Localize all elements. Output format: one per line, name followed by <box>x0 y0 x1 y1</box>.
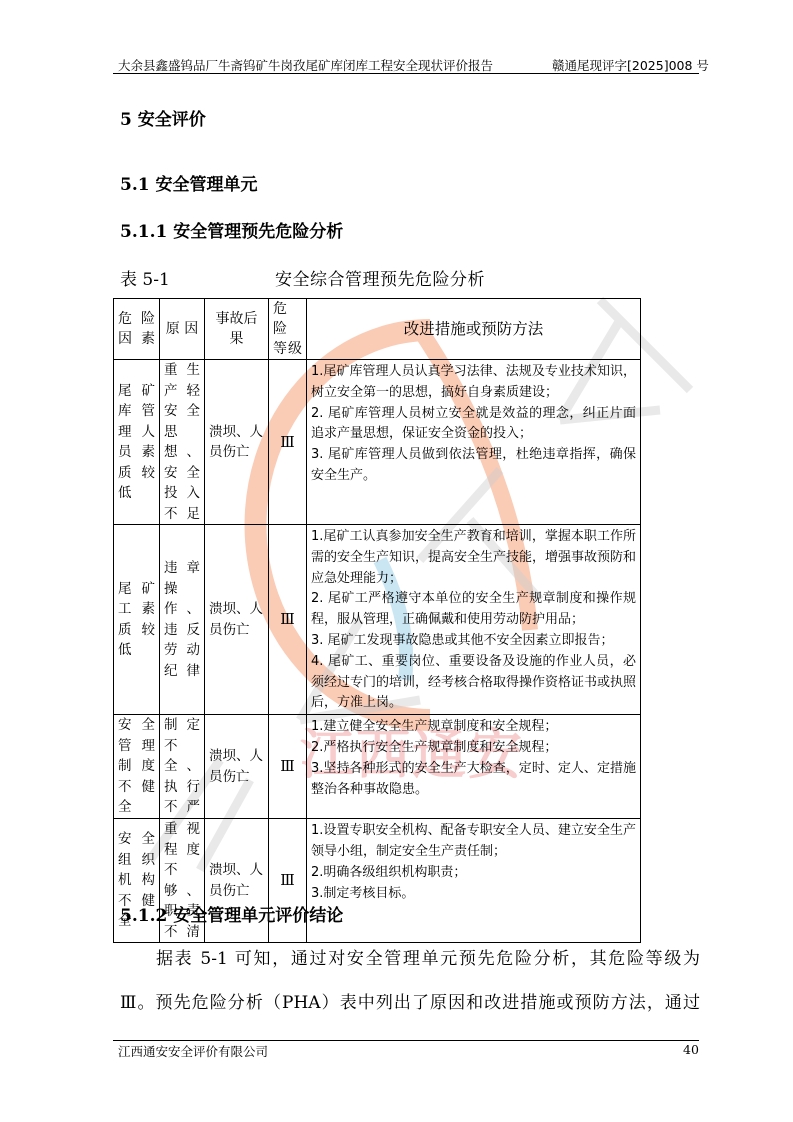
cause-cell: 制定不全、执行不严 <box>160 715 205 819</box>
risk-level-cell: Ⅲ <box>269 360 307 525</box>
header-hazard: 危 险 因素 <box>114 299 160 360</box>
consequence-cell: 溃坝、人员伤亡 <box>205 715 269 819</box>
measure-item: 4. 尾矿工、重要岗位、重要设备及设施的作业人员，必须经过专门的培训，经考核合格… <box>311 652 636 714</box>
subsection-heading: 5.1.1 安全管理预先危险分析 <box>120 217 343 242</box>
measure-item: 2.严格执行安全生产规章制度和安全规程； <box>311 738 636 759</box>
footer-divider <box>113 1040 699 1041</box>
measure-item: 3.制定考核目标。 <box>311 884 636 905</box>
table-header-row: 危 险 因素 原 因 事故后果 危 险 等级 改进措施或预防方法 <box>114 299 641 360</box>
pha-table: 危 险 因素 原 因 事故后果 危 险 等级 改进措施或预防方法 尾矿库管理人员… <box>113 298 641 943</box>
measures-cell: 1.设置专职安全机构、配备专职安全人员、建立安全生产领导小组，制定安全生产责任制… <box>307 819 641 943</box>
header-consequence: 事故后果 <box>205 299 269 360</box>
risk-level-cell: Ⅲ <box>269 715 307 819</box>
company-name-footer: 江西通安安全评价有限公司 <box>118 1042 268 1060</box>
hazard-cell: 尾矿库管理人员素质较低 <box>114 360 160 525</box>
table-row: 尾矿工素质较低 违章操作、违反劳动纪律 溃坝、人员伤亡 Ⅲ 1.尾矿工认真参加安… <box>114 525 641 715</box>
table-caption-title: 安全综合管理预先危险分析 <box>275 265 485 290</box>
header-risk-level: 危 险 等级 <box>269 299 307 360</box>
consequence-cell: 溃坝、人员伤亡 <box>205 525 269 715</box>
header-cause: 原 因 <box>160 299 205 360</box>
measures-cell: 1.建立健全安全生产规章制度和安全规程； 2.严格执行安全生产规章制度和安全规程… <box>307 715 641 819</box>
table-row: 尾矿库管理人员素质较低 重生产轻安全思想、安全投入不足 溃坝、人员伤亡 Ⅲ 1.… <box>114 360 641 525</box>
table-caption-number: 表 5-1 <box>120 265 170 290</box>
cause-cell: 重生产轻安全思想、安全投入不足 <box>160 360 205 525</box>
document-number: 赣通尾现评字[2025]008 号 <box>552 56 709 74</box>
measure-item: 3.坚持各种形式的安全生产大检查，定时、定人、定措施整治各种事故隐患。 <box>311 759 636 801</box>
cause-cell: 违章操作、违反劳动纪律 <box>160 525 205 715</box>
measure-item: 1.建立健全安全生产规章制度和安全规程； <box>311 717 636 738</box>
measure-item: 1.设置专职安全机构、配备专职安全人员、建立安全生产领导小组，制定安全生产责任制… <box>311 821 636 863</box>
conclusion-paragraph-line: Ⅲ。预先危险分析（PHA）表中列出了原因和改进措施或预防方法，通过 <box>120 981 700 1025</box>
subsection-heading-conclusion: 5.1.2 安全管理单元评价结论 <box>120 901 343 926</box>
measure-item: 2.明确各级组织机构职责； <box>311 863 636 884</box>
chapter-heading: 5 安全评价 <box>120 105 206 130</box>
measures-cell: 1.尾矿库管理人员认真学习法律、法规及专业技术知识，树立安全第一的思想，搞好自身… <box>307 360 641 525</box>
hazard-cell: 安全管理制度不健全 <box>114 715 160 819</box>
consequence-cell: 溃坝、人员伤亡 <box>205 360 269 525</box>
measure-item: 3. 尾矿库管理人员做到依法管理，杜绝违章指挥，确保安全生产。 <box>311 445 636 487</box>
report-title-header: 大余县鑫盛钨品厂牛斋钨矿牛岗孜尾矿库闭库工程安全现状评价报告 <box>118 56 493 74</box>
measures-cell: 1.尾矿工认真参加安全生产教育和培训，掌握本职工作所需的安全生产知识，提高安全生… <box>307 525 641 715</box>
page-number: 40 <box>683 1042 699 1057</box>
measure-item: 2. 尾矿库管理人员树立安全就是效益的理念，纠正片面追求产量思想，保证安全资金的… <box>311 404 636 446</box>
measure-item: 1.尾矿工认真参加安全生产教育和培训，掌握本职工作所需的安全生产知识，提高安全生… <box>311 527 636 589</box>
measure-item: 1.尾矿库管理人员认真学习法律、法规及专业技术知识，树立安全第一的思想，搞好自身… <box>311 362 636 404</box>
measure-item: 3. 尾矿工发现事故隐患或其他不安全因素立即报告； <box>311 631 636 652</box>
header-divider <box>113 73 699 74</box>
measure-item: 2. 尾矿工严格遵守本单位的安全生产规章制度和操作规程，服从管理，正确佩戴和使用… <box>311 589 636 631</box>
hazard-cell: 尾矿工素质较低 <box>114 525 160 715</box>
conclusion-paragraph-line: 据表 5-1 可知，通过对安全管理单元预先危险分析，其危险等级为 <box>120 937 700 981</box>
section-heading: 5.1 安全管理单元 <box>120 170 258 195</box>
header-measures: 改进措施或预防方法 <box>307 299 641 360</box>
risk-level-cell: Ⅲ <box>269 525 307 715</box>
table-row: 安全管理制度不健全 制定不全、执行不严 溃坝、人员伤亡 Ⅲ 1.建立健全安全生产… <box>114 715 641 819</box>
